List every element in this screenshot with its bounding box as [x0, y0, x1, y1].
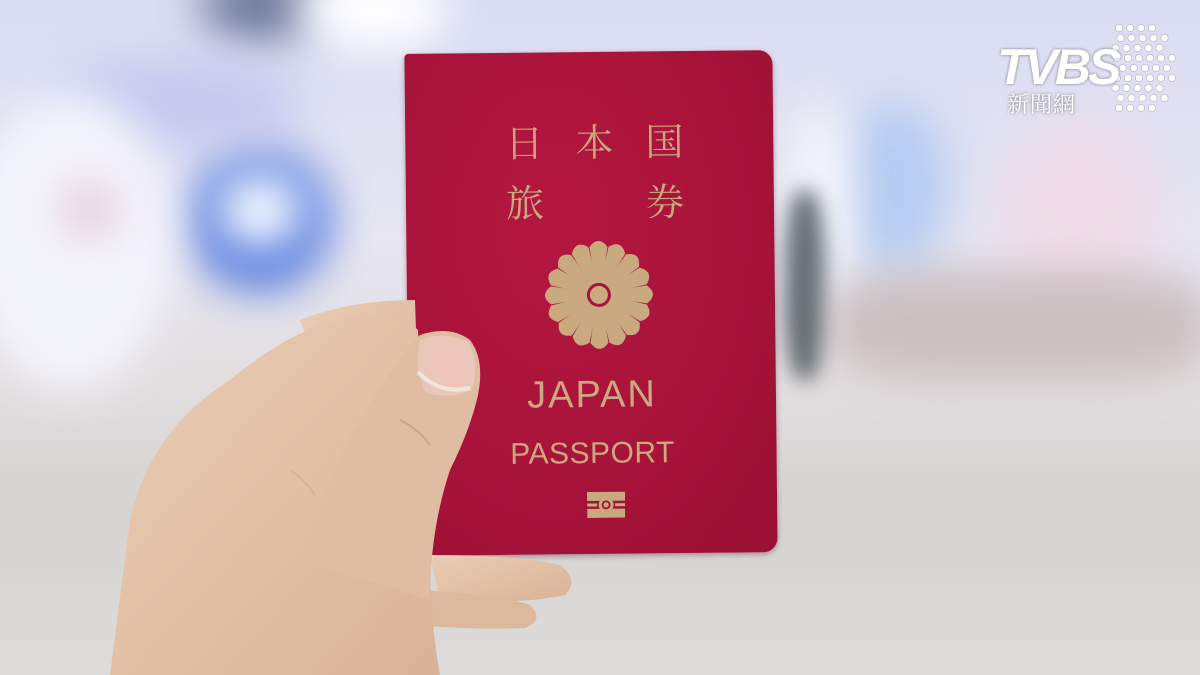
logo-subtitle: 新聞網: [1007, 88, 1076, 119]
tvbs-watermark-logo: TVBS 新聞網: [995, 22, 1185, 122]
photo-scene: 日 本 国 旅 券 JAPAN PASSPORT: [0, 0, 1200, 675]
